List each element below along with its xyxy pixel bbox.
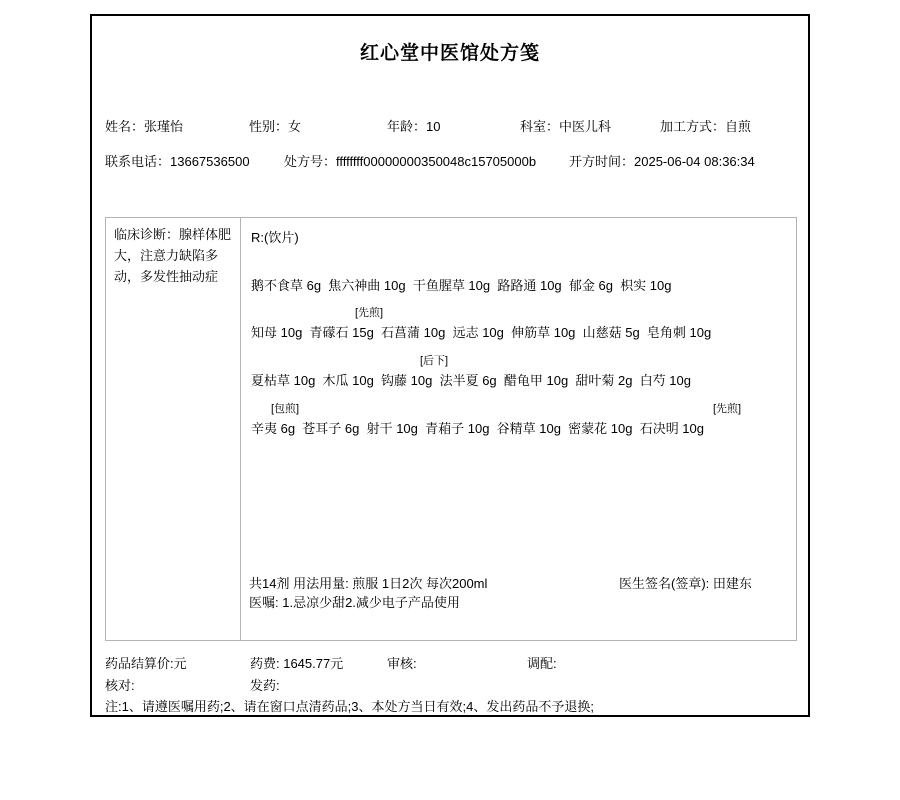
prescription-frame: 红心堂中医馆处方笺 姓名：张瑾怡 性别：女 年龄：10 科室：中医儿科 加工方式… [90, 14, 810, 717]
check-field: 核对: [105, 675, 135, 694]
phone-label: 联系电话： [105, 154, 170, 169]
footer-row-3: 注:1、请遵医嘱用药;2、请在窗口点清药品;3、本处方当日有效;4、发出药品不予… [92, 696, 808, 714]
prescription-page: 红心堂中医馆处方笺 姓名：张瑾怡 性别：女 年龄：10 科室：中医儿科 加工方式… [0, 0, 900, 800]
department-label: 科室： [520, 119, 559, 134]
dispense-field: 调配: [527, 653, 557, 672]
footer-note: 注:1、请遵医嘱用药;2、请在窗口点清药品;3、本处方当日有效;4、发出药品不予… [105, 696, 594, 715]
patient-age-label: 年龄： [387, 119, 426, 134]
prescription-body-box: 临床诊断：腺样体肥大，注意力缺陷多动，多发性抽动症 R:(饮片) 鹅不食草 6g… [105, 217, 797, 641]
patient-gender-field: 性别：女 [249, 116, 301, 135]
patient-name-label: 姓名： [105, 119, 144, 134]
patient-name-value: 张瑾怡 [144, 119, 183, 134]
decoct-note-add-later: [后下] [420, 355, 448, 368]
department-field: 科室：中医儿科 [520, 116, 611, 135]
prescribe-time-field: 开方时间：2025-06-04 08:36:34 [569, 151, 755, 170]
dosage-usage-text: 共14剂 用法用量: 煎服 1日2次 每次200ml [249, 576, 487, 592]
prescription-number-value: ffffffff00000000350048c15705000b [336, 154, 536, 169]
herb-line-3: 夏枯草 10g 木瓜 10g 钩藤 10g 法半夏 6g 醋龟甲 10g 甜叶菊… [251, 373, 691, 389]
doctor-advice: 医嘱: 1.忌凉少甜2.减少电子产品使用 [249, 595, 460, 611]
department-value: 中医儿科 [559, 119, 611, 134]
patient-gender-value: 女 [288, 119, 301, 134]
prescribe-time-label: 开方时间： [569, 154, 634, 169]
decoct-note-wrap-boil: [包煎] [271, 403, 299, 416]
phone-value: 13667536500 [170, 154, 250, 169]
rx-header: R:(饮片) [251, 230, 299, 246]
issue-medicine-field: 发药: [250, 675, 280, 694]
patient-info-row-2: 联系电话：13667536500 处方号：ffffffff00000000350… [92, 151, 808, 169]
processing-method-field: 加工方式：自煎 [660, 116, 751, 135]
footer-row-2: 核对: 发药: [92, 675, 808, 693]
patient-age-field: 年龄：10 [387, 116, 440, 135]
medicine-fee-field: 药费: 1645.77元 [250, 653, 343, 672]
prescription-number-label: 处方号： [284, 154, 336, 169]
prescribe-time-value: 2025-06-04 08:36:34 [634, 154, 755, 169]
decoct-note-first-boil: [先煎] [355, 307, 383, 320]
patient-gender-label: 性别： [249, 119, 288, 134]
audit-field: 审核: [387, 653, 417, 672]
doctor-signature: 医生签名(签章): 田建东 [619, 576, 752, 592]
phone-field: 联系电话：13667536500 [105, 151, 250, 170]
patient-info-row-1: 姓名：张瑾怡 性别：女 年龄：10 科室：中医儿科 加工方式：自煎 [92, 116, 808, 134]
patient-name-field: 姓名：张瑾怡 [105, 116, 183, 135]
prescription-number-field: 处方号：ffffffff00000000350048c15705000b [284, 151, 536, 170]
page-title: 红心堂中医馆处方笺 [92, 38, 808, 65]
herb-line-4: 辛夷 6g 苍耳子 6g 射干 10g 青葙子 10g 谷精草 10g 密蒙花 … [251, 421, 704, 437]
decoct-note-first-boil-2: [先煎] [713, 403, 741, 416]
settlement-price-field: 药品结算价:元 [105, 653, 187, 672]
footer-row-1: 药品结算价:元 药费: 1645.77元 审核: 调配: [92, 653, 808, 671]
herb-line-1: 鹅不食草 6g 焦六神曲 10g 干鱼腥草 10g 路路通 10g 郁金 6g … [251, 278, 671, 294]
clinical-diagnosis: 临床诊断：腺样体肥大，注意力缺陷多动，多发性抽动症 [106, 218, 241, 640]
patient-age-value: 10 [426, 119, 440, 134]
processing-method-value: 自煎 [725, 119, 751, 134]
herb-line-2: 知母 10g 青礞石 15g 石菖蒲 10g 远志 10g 伸筋草 10g 山慈… [251, 325, 711, 341]
processing-method-label: 加工方式： [660, 119, 725, 134]
rx-content-area: R:(饮片) 鹅不食草 6g 焦六神曲 10g 干鱼腥草 10g 路路通 10g… [241, 218, 796, 640]
